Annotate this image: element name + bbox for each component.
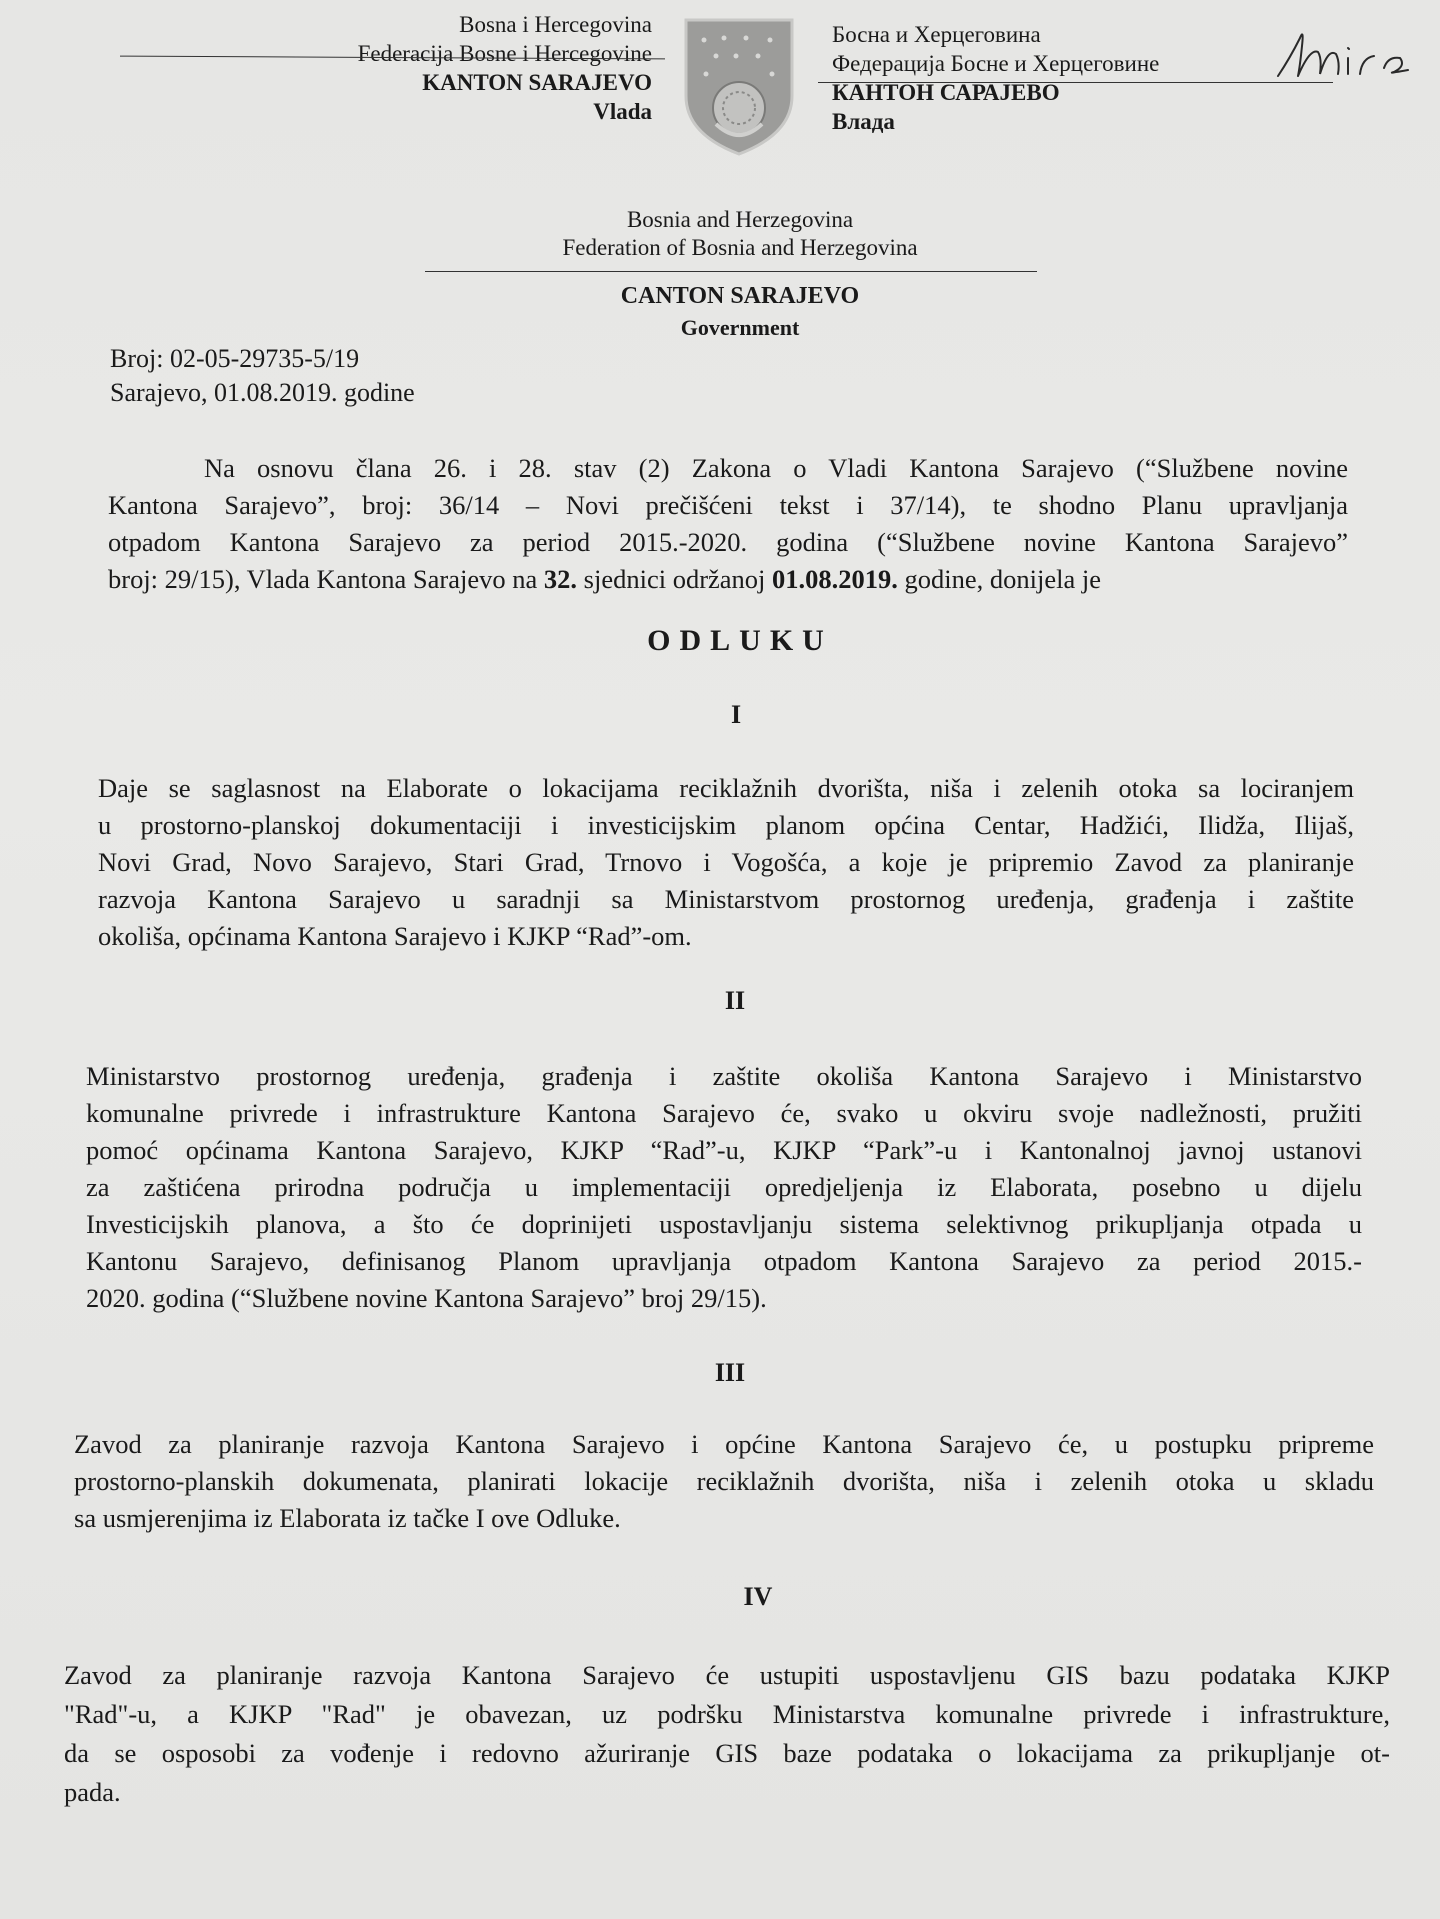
section-line: Zavod za planiranje razvoja Kantona Sara… (64, 1656, 1390, 1695)
header-right-federation: Федерација Босне и Херцеговине (832, 49, 1159, 78)
section-line: Investicijskih planova, a što će doprini… (86, 1206, 1362, 1243)
section-line: za zaštićena prirodna područja u impleme… (86, 1169, 1362, 1206)
header-english-federation: Federation of Bosnia and Herzegovina (420, 234, 1060, 262)
header-left-government: Vlada (358, 97, 652, 126)
section-ii-body: Ministarstvo prostornog uređenja, građen… (86, 1058, 1362, 1317)
section-line: sa usmjerenjima iz Elaborata iz tačke I … (74, 1500, 1374, 1537)
header-english-government: Government (420, 312, 1060, 344)
preamble: Na osnovu člana 26. i 28. stav (2) Zakon… (108, 450, 1348, 598)
decision-title: ODLUKU (590, 624, 890, 658)
section-line: da se osposobi za vođenje i redovno ažur… (64, 1734, 1390, 1773)
section-line: pomoć općinama Kantona Sarajevo, KJKP “R… (86, 1132, 1362, 1169)
section-line: Daje se saglasnost na Elaborate o lokaci… (98, 770, 1354, 807)
section-iii-body: Zavod za planiranje razvoja Kantona Sara… (74, 1426, 1374, 1537)
preamble-line: otpadom Kantona Sarajevo za period 2015.… (108, 524, 1348, 561)
preamble-last-line: broj: 29/15), Vlada Kantona Sarajevo na … (108, 561, 1348, 598)
section-line: Ministarstvo prostornog uređenja, građen… (86, 1058, 1362, 1095)
document-page: Bosna i Hercegovina Federacija Bosne i H… (0, 0, 1440, 1919)
header-left: Bosna i Hercegovina Federacija Bosne i H… (358, 10, 652, 126)
section-number-ii: II (685, 986, 785, 1016)
session-date: 01.08.2019. (772, 564, 898, 594)
header-english-country: Bosnia and Herzegovina (420, 206, 1060, 234)
section-line: razvoja Kantona Sarajevo u saradnji sa M… (98, 881, 1354, 918)
session-number: 32. (544, 564, 577, 594)
document-meta: Broj: 02-05-29735-5/19 Sarajevo, 01.08.2… (110, 342, 415, 410)
section-line: okoliša, općinama Kantona Sarajevo i KJK… (98, 918, 1354, 955)
section-number-iii: III (680, 1358, 780, 1388)
section-iv-body: Zavod za planiranje razvoja Kantona Sara… (64, 1656, 1390, 1812)
header-right-rule (818, 82, 1333, 83)
section-line: Kantonu Sarajevo, definisanog Planom upr… (86, 1243, 1362, 1280)
section-line: "Rad"-u, a KJKP "Rad" je obavezan, uz po… (64, 1695, 1390, 1734)
coat-of-arms-icon (682, 16, 796, 156)
document-place-date: Sarajevo, 01.08.2019. godine (110, 376, 415, 410)
section-line: prostorno-planskih dokumenata, planirati… (74, 1463, 1374, 1500)
header-left-federation: Federacija Bosne i Hercegovine (358, 39, 652, 68)
preamble-line: Kantona Sarajevo”, broj: 36/14 – Novi pr… (108, 487, 1348, 524)
header-left-country: Bosna i Hercegovina (358, 10, 652, 39)
document-number: Broj: 02-05-29735-5/19 (110, 342, 415, 376)
section-line: Zavod za planiranje razvoja Kantona Sara… (74, 1426, 1374, 1463)
header-english: Bosnia and Herzegovina Federation of Bos… (420, 206, 1060, 262)
section-line: u prostorno-planskoj dokumentaciji i inv… (98, 807, 1354, 844)
section-line: Novi Grad, Novo Sarajevo, Stari Grad, Tr… (98, 844, 1354, 881)
preamble-line: Na osnovu člana 26. i 28. stav (2) Zakon… (108, 450, 1348, 487)
section-line: komunalne privrede i infrastrukture Kant… (86, 1095, 1362, 1132)
handwritten-signature (1270, 18, 1420, 88)
section-number-i: I (686, 700, 786, 730)
header-right: Босна и Херцеговина Федерација Босне и Х… (832, 20, 1159, 136)
header-english-canton: CANTON SARAJEVO (420, 280, 1060, 312)
section-i-body: Daje se saglasnost na Elaborate o lokaci… (98, 770, 1354, 955)
header-english-lower: CANTON SARAJEVO Government (420, 280, 1060, 344)
section-line: pada. (64, 1773, 1390, 1812)
header-right-country: Босна и Херцеговина (832, 20, 1159, 49)
section-number-iv: IV (708, 1582, 808, 1612)
header-left-canton: KANTON SARAJEVO (358, 68, 652, 97)
header-right-government: Влада (832, 107, 1159, 136)
section-line: 2020. godina (“Službene novine Kantona S… (86, 1280, 1362, 1317)
header-english-rule (425, 271, 1037, 272)
